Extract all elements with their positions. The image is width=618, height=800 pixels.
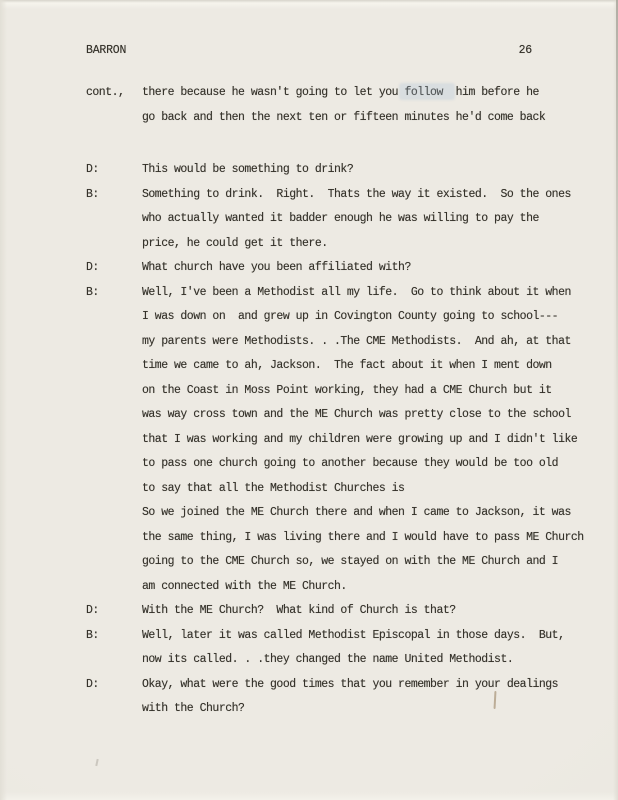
text-line: my parents were Methodists. . .The CME M… <box>142 330 596 355</box>
text-line: time we came to ah, Jackson. The fact ab… <box>142 354 596 379</box>
text-line: am connected with the ME Church. <box>142 575 596 600</box>
interviewee-name: BARRON <box>86 44 126 57</box>
text-line: that I was working and my children were … <box>142 428 596 453</box>
text-line: This would be something to drink? <box>142 158 596 183</box>
text-line: Okay, what were the good times that you … <box>142 673 596 698</box>
scan-edge-right <box>613 0 618 800</box>
scan-edge-bottom <box>0 792 618 800</box>
transcript-entry: D:What church have you been affiliated w… <box>86 256 596 281</box>
text-line: was way cross town and the ME Church was… <box>142 403 596 428</box>
speaker-label: D: <box>86 256 142 281</box>
text-line: price, he could get it there. <box>142 232 596 257</box>
text-line: Well, I've been a Methodist all my life.… <box>142 281 596 306</box>
transcript-entry: B:Something to drink. Right. Thats the w… <box>86 183 596 257</box>
speech-text: What church have you been affiliated wit… <box>142 256 596 281</box>
speaker-label: D: <box>86 673 142 698</box>
speech-text: Okay, what were the good times that you … <box>142 673 596 722</box>
scanned-transcript-page: BARRON 26 cont.,there because he wasn't … <box>0 0 618 800</box>
speech-text: With the ME Church? What kind of Church … <box>142 599 596 624</box>
text-line: with the Church? <box>142 697 596 722</box>
speaker-label: D: <box>86 158 142 183</box>
transcript-entry: D:With the ME Church? What kind of Churc… <box>86 599 596 624</box>
transcript-entry: B:Well, later it was called Methodist Ep… <box>86 624 596 673</box>
text-line: to say that all the Methodist Churches i… <box>142 477 596 502</box>
speaker-label: B: <box>86 281 142 306</box>
text-line: Well, later it was called Methodist Epis… <box>142 624 596 649</box>
text-line: who actually wanted it badder enough he … <box>142 207 596 232</box>
speech-text: Well, I've been a Methodist all my life.… <box>142 281 596 600</box>
text-line: So we joined the ME Church there and whe… <box>142 501 596 526</box>
transcript-entry: D:This would be something to drink? <box>86 158 596 183</box>
page-header: BARRON 26 <box>86 44 532 57</box>
page-number: 26 <box>519 44 532 57</box>
speaker-label: B: <box>86 624 142 649</box>
speaker-label: B: <box>86 183 142 208</box>
text-line: now its called. . .they changed the name… <box>142 648 596 673</box>
speaker-label: D: <box>86 599 142 624</box>
text-line: I was down on and grew up in Covington C… <box>142 305 596 330</box>
speaker-label: cont., <box>86 81 142 106</box>
text-line: on the Coast in Moss Point working, they… <box>142 379 596 404</box>
text-line: Something to drink. Right. Thats the way… <box>142 183 596 208</box>
scan-edge-top <box>0 0 618 9</box>
text-line: there because he wasn't going to let you… <box>142 81 596 106</box>
speech-text: Something to drink. Right. Thats the way… <box>142 183 596 257</box>
faint-smudge-mark <box>95 759 98 766</box>
speech-text: there because he wasn't going to let you… <box>142 81 596 130</box>
speech-text: Well, later it was called Methodist Epis… <box>142 624 596 673</box>
text-line: the same thing, I was living there and I… <box>142 526 596 551</box>
text-line: going to the CME Church so, we stayed on… <box>142 550 596 575</box>
text-line: What church have you been affiliated wit… <box>142 256 596 281</box>
transcript-body: cont.,there because he wasn't going to l… <box>86 81 596 722</box>
transcript-entry: cont.,there because he wasn't going to l… <box>86 81 596 130</box>
transcript-entry: B:Well, I've been a Methodist all my lif… <box>86 281 596 600</box>
speech-text: This would be something to drink? <box>142 158 596 183</box>
text-line: go back and then the next ten or fifteen… <box>142 106 596 131</box>
text-line: With the ME Church? What kind of Church … <box>142 599 596 624</box>
scan-edge-left <box>0 0 7 800</box>
text-line: to pass one church going to another beca… <box>142 452 596 477</box>
transcript-entry: D:Okay, what were the good times that yo… <box>86 673 596 722</box>
